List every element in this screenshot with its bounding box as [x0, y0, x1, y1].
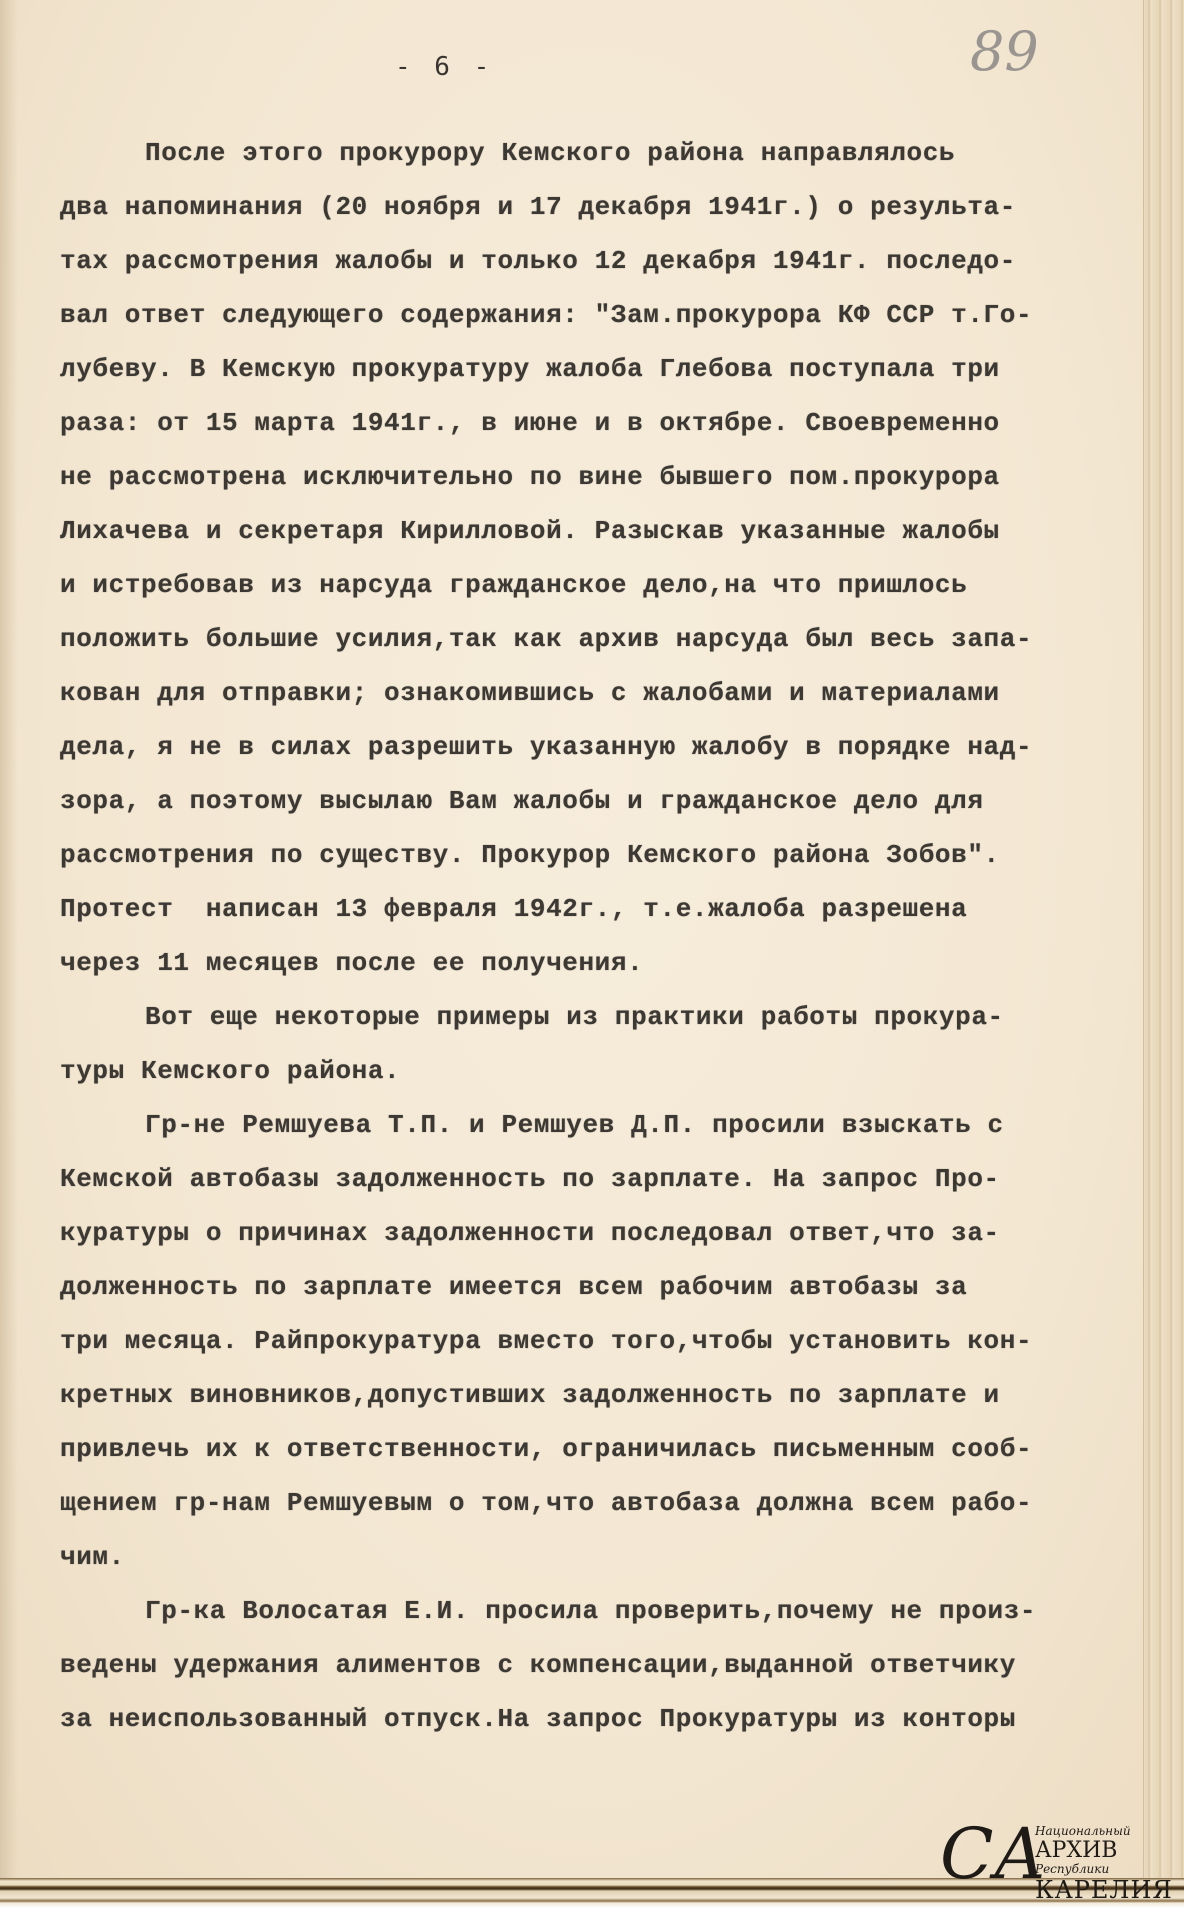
archive-logo: СА Национальный АРХИВ Республики КАРЕЛИЯ	[940, 1820, 1170, 1910]
text-line: дела, я не в силах разрешить указанную ж…	[60, 720, 1120, 774]
text-line: положить большие усилия,так как архив на…	[60, 612, 1120, 666]
text-line: тах рассмотрения жалобы и только 12 дека…	[60, 234, 1120, 288]
typewritten-body: После этого прокурору Кемского района на…	[60, 126, 1120, 1746]
text-line: После этого прокурору Кемского района на…	[60, 126, 1120, 180]
logo-line-republic: Республики	[1035, 1862, 1109, 1876]
text-line: кован для отправки; ознакомившись с жало…	[60, 666, 1120, 720]
text-line: Протест написан 13 февраля 1942г., т.е.ж…	[60, 882, 1120, 936]
text-line: вал ответ следующего содержания: "Зам.пр…	[60, 288, 1120, 342]
text-line: долженность по зарплате имеется всем раб…	[60, 1260, 1120, 1314]
logo-line-archive: АРХИВ	[1035, 1838, 1117, 1863]
page-number: - 6 -	[395, 52, 493, 82]
text-line: не рассмотрена исключительно по вине быв…	[60, 450, 1120, 504]
archive-monogram-icon: СА	[940, 1814, 1047, 1894]
text-line: лубеву. В Кемскую прокуратуру жалоба Гле…	[60, 342, 1120, 396]
logo-line-karelia: КАРЕЛИЯ	[1035, 1876, 1173, 1904]
text-line: ведены удержания алиментов с компенсации…	[60, 1638, 1120, 1692]
text-line: за неиспользованный отпуск.На запрос Про…	[60, 1692, 1120, 1746]
text-line: куратуры о причинах задолженности послед…	[60, 1206, 1120, 1260]
text-line: привлечь их к ответственности, ограничил…	[60, 1422, 1120, 1476]
text-line: два напоминания (20 ноября и 17 декабря …	[60, 180, 1120, 234]
text-line: Гр-не Ремшуева Т.П. и Ремшуев Д.П. проси…	[60, 1098, 1120, 1152]
text-line: кретных виновников,допустивших задолженн…	[60, 1368, 1120, 1422]
text-line: чим.	[60, 1530, 1120, 1584]
text-line: раза: от 15 марта 1941г., в июне и в окт…	[60, 396, 1120, 450]
text-line: и истребовав из нарсуда гражданское дело…	[60, 558, 1120, 612]
text-line: рассмотрения по существу. Прокурор Кемск…	[60, 828, 1120, 882]
text-line: туры Кемского района.	[60, 1044, 1120, 1098]
page-shadow	[0, 0, 18, 1880]
text-line: Кемской автобазы задолженность по зарпла…	[60, 1152, 1120, 1206]
logo-line-national: Национальный	[1035, 1824, 1131, 1838]
text-line: через 11 месяцев после ее получения.	[60, 936, 1120, 990]
text-line: Гр-ка Волосатая Е.И. просила проверить,п…	[60, 1584, 1120, 1638]
text-line: щением гр-нам Ремшуевым о том,что автоба…	[60, 1476, 1120, 1530]
text-line: три месяца. Райпрокуратура вместо того,ч…	[60, 1314, 1120, 1368]
document-page: - 6 - 89 После этого прокурору Кемского …	[0, 0, 1184, 1880]
page-stack-edge	[1143, 0, 1184, 1880]
handwritten-folio-number: 89	[970, 20, 1039, 83]
text-line: Лихачева и секретаря Кирилловой. Разыска…	[60, 504, 1120, 558]
text-line: зора, а поэтому высылаю Вам жалобы и гра…	[60, 774, 1120, 828]
text-line: Вот еще некоторые примеры из практики ра…	[60, 990, 1120, 1044]
